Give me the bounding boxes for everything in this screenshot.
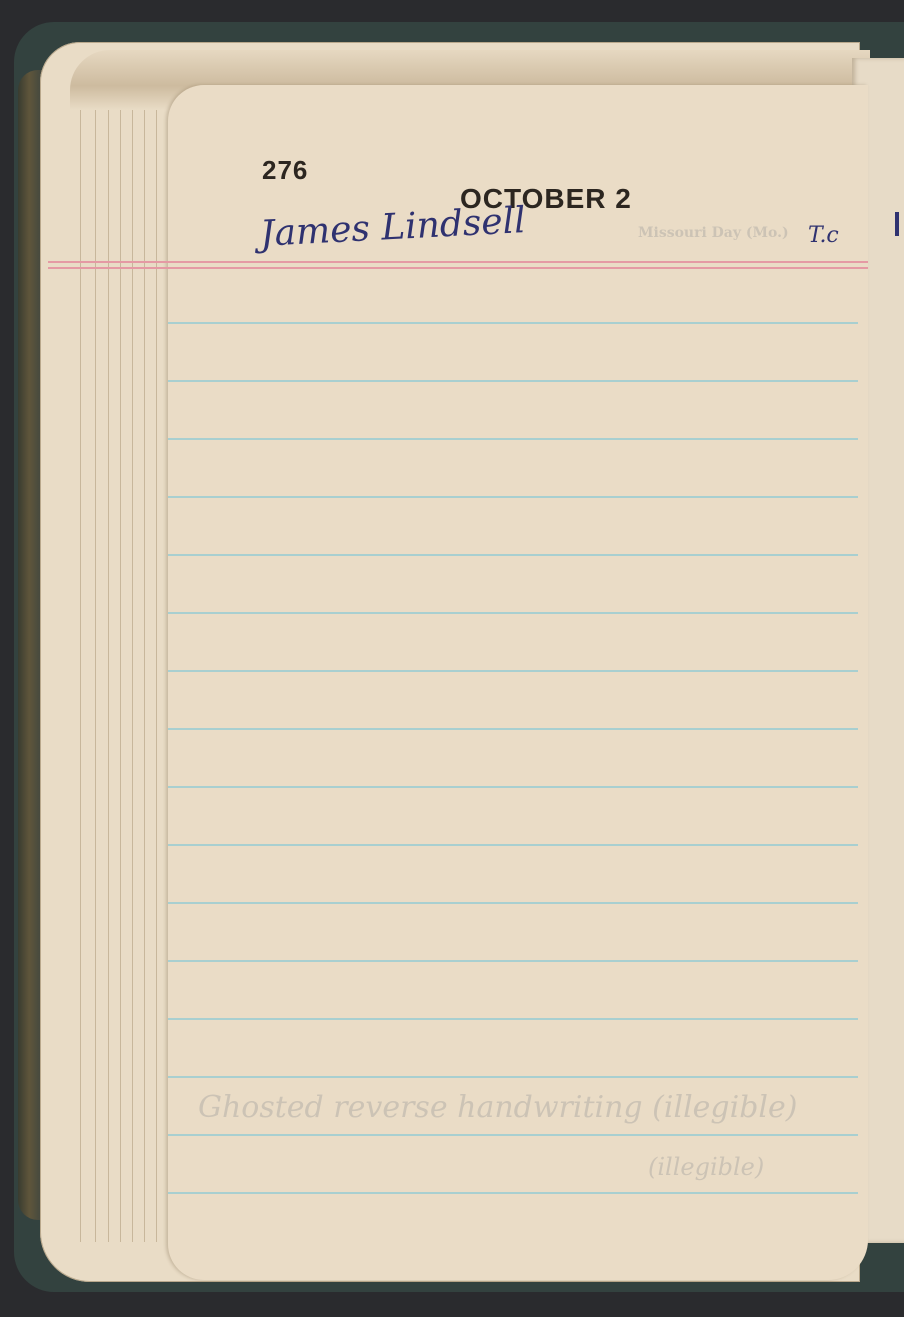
red-rule (48, 267, 868, 269)
blue-rule (168, 960, 858, 962)
blue-rule (168, 670, 858, 672)
blue-rule (168, 496, 858, 498)
blue-rule (168, 554, 858, 556)
blue-rule (168, 1134, 858, 1136)
blue-rule (168, 902, 858, 904)
blue-rule (168, 1192, 858, 1194)
page-edge (108, 102, 109, 1242)
blue-rule (168, 1018, 858, 1020)
red-rule (48, 261, 868, 263)
page-edge (144, 102, 145, 1242)
ghost-holiday: Missouri Day (Mo.) (638, 225, 789, 241)
page-edge (80, 102, 81, 1242)
diary-page: Missouri Day (Mo.) 276 OCTOBER 2 James L… (168, 85, 868, 1280)
blue-rule (168, 380, 858, 382)
page-edge (156, 102, 157, 1242)
blue-rule (168, 322, 858, 324)
blue-rule (168, 438, 858, 440)
bleed-through-text: Ghosted reverse handwriting (illegible) (198, 1090, 797, 1125)
facing-page-ink-mark (895, 212, 899, 236)
bleed-through-text: (illegible) (648, 1153, 764, 1181)
page-edge (95, 102, 96, 1242)
blue-rule (168, 786, 858, 788)
handwritten-signature: James Lindsell (259, 200, 527, 255)
blue-rule (168, 1076, 858, 1078)
page-edge (132, 102, 133, 1242)
page-number: 276 (262, 155, 308, 186)
blue-rule (168, 728, 858, 730)
page-edge (120, 102, 121, 1242)
handwritten-margin-note: T.c (808, 223, 839, 248)
blue-rule (168, 844, 858, 846)
blue-rule (168, 612, 858, 614)
